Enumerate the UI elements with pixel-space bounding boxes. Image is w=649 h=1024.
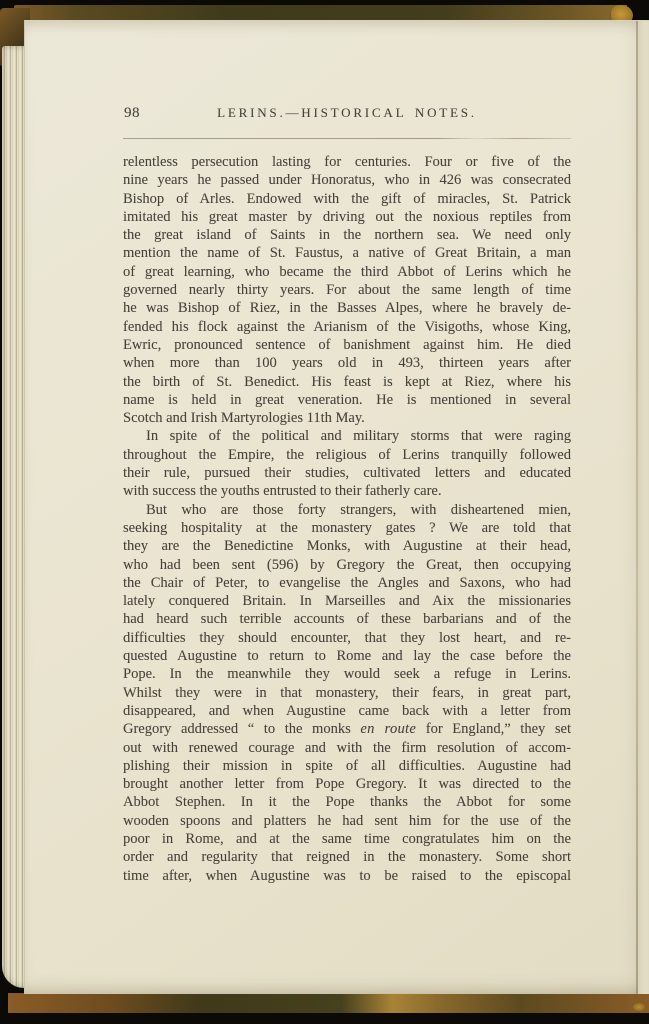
header-rule bbox=[123, 138, 571, 139]
text-line: the Chair of Peter, to evangelise the An… bbox=[123, 574, 571, 592]
text-line: Scotch and Irish Martyrologies 11th May. bbox=[123, 409, 571, 427]
text-line: out with renewed courage and with the fi… bbox=[123, 739, 571, 757]
book-cover-bottom-edge bbox=[8, 993, 649, 1013]
headband-tuft-icon bbox=[633, 1003, 645, 1011]
paragraph: relentless persecution lasting for centu… bbox=[123, 153, 571, 427]
body-text: relentless persecution lasting for centu… bbox=[123, 153, 571, 885]
text-line: Ewric, pronounced sentence of banishment… bbox=[123, 336, 571, 354]
text-line: poor in Rome, and at the same time congr… bbox=[123, 830, 571, 848]
text-line: quested Augustine to return to Rome and … bbox=[123, 647, 571, 665]
text-line: mention the name of St. Faustus, a nativ… bbox=[123, 244, 571, 262]
text-line: when more than 100 years old in 493, thi… bbox=[123, 354, 571, 372]
text-line: who had been sent (596) by Gregory the G… bbox=[123, 556, 571, 574]
text-line: seeking hospitality at the monastery gat… bbox=[123, 519, 571, 537]
text-line: In spite of the political and military s… bbox=[123, 427, 571, 445]
paragraph: But who are those forty strangers, with … bbox=[123, 501, 571, 885]
page-number: 98 bbox=[124, 105, 140, 122]
text-line: their rule, pursued their studies, culti… bbox=[123, 464, 571, 482]
text-line: of great learning, who became the third … bbox=[123, 263, 571, 281]
text-line: time after, when Augustine was to be rai… bbox=[123, 867, 571, 885]
text-line: brought another letter from Pope Gregory… bbox=[123, 775, 571, 793]
text-line: But who are those forty strangers, with … bbox=[123, 501, 571, 519]
text-line: disappeared, and when Augustine came bac… bbox=[123, 702, 571, 720]
page-header: 98 LERINS.—HISTORICAL NOTES. bbox=[123, 105, 571, 122]
text-line: the birth of St. Benedict. His feast is … bbox=[123, 373, 571, 391]
text-line: relentless persecution lasting for centu… bbox=[123, 153, 571, 171]
text-line: he was Bishop of Riez, in the Basses Alp… bbox=[123, 299, 571, 317]
text-line: they are the Benedictine Monks, with Aug… bbox=[123, 537, 571, 555]
text-line: imitated his great master by driving out… bbox=[123, 208, 571, 226]
text-line: Bishop of Arles. Endowed with the gift o… bbox=[123, 190, 571, 208]
text-line: with success the youths entrusted to the… bbox=[123, 482, 571, 500]
running-header: LERINS.—HISTORICAL NOTES. bbox=[123, 105, 571, 121]
book-scan: 98 LERINS.—HISTORICAL NOTES. relentless … bbox=[0, 0, 649, 1024]
text-line: difficulties they should encounter, that… bbox=[123, 629, 571, 647]
text-line: Abbot Stephen. In it the Pope thanks the… bbox=[123, 793, 571, 811]
text-line: governed nearly thirty years. For about … bbox=[123, 281, 571, 299]
printed-content: 98 LERINS.—HISTORICAL NOTES. relentless … bbox=[123, 105, 571, 885]
text-line: throughout the Empire, the religious of … bbox=[123, 446, 571, 464]
paragraph: In spite of the political and military s… bbox=[123, 427, 571, 500]
text-line: order and regularity that reigned in the… bbox=[123, 848, 571, 866]
text-line: had heard such terrible accounts of thes… bbox=[123, 610, 571, 628]
book-page: 98 LERINS.—HISTORICAL NOTES. relentless … bbox=[24, 20, 649, 994]
text-line: name is held in great veneration. He is … bbox=[123, 391, 571, 409]
text-line: nine years he passed under Honoratus, wh… bbox=[123, 171, 571, 189]
text-line: Whilst they were in that monastery, thei… bbox=[123, 684, 571, 702]
text-line: the great island of Saints in the northe… bbox=[123, 226, 571, 244]
text-line: Pope. In the meanwhile they would seek a… bbox=[123, 665, 571, 683]
text-line: Gregory addressed “ to the monks en rout… bbox=[123, 720, 571, 738]
facing-page-sliver bbox=[638, 21, 649, 994]
text-line: plishing their mission in spite of all d… bbox=[123, 757, 571, 775]
text-line: fended his flock against the Arianism of… bbox=[123, 318, 571, 336]
text-line: wooden spoons and platters he had sent h… bbox=[123, 812, 571, 830]
text-line: lately conquered Britain. In Marseilles … bbox=[123, 592, 571, 610]
